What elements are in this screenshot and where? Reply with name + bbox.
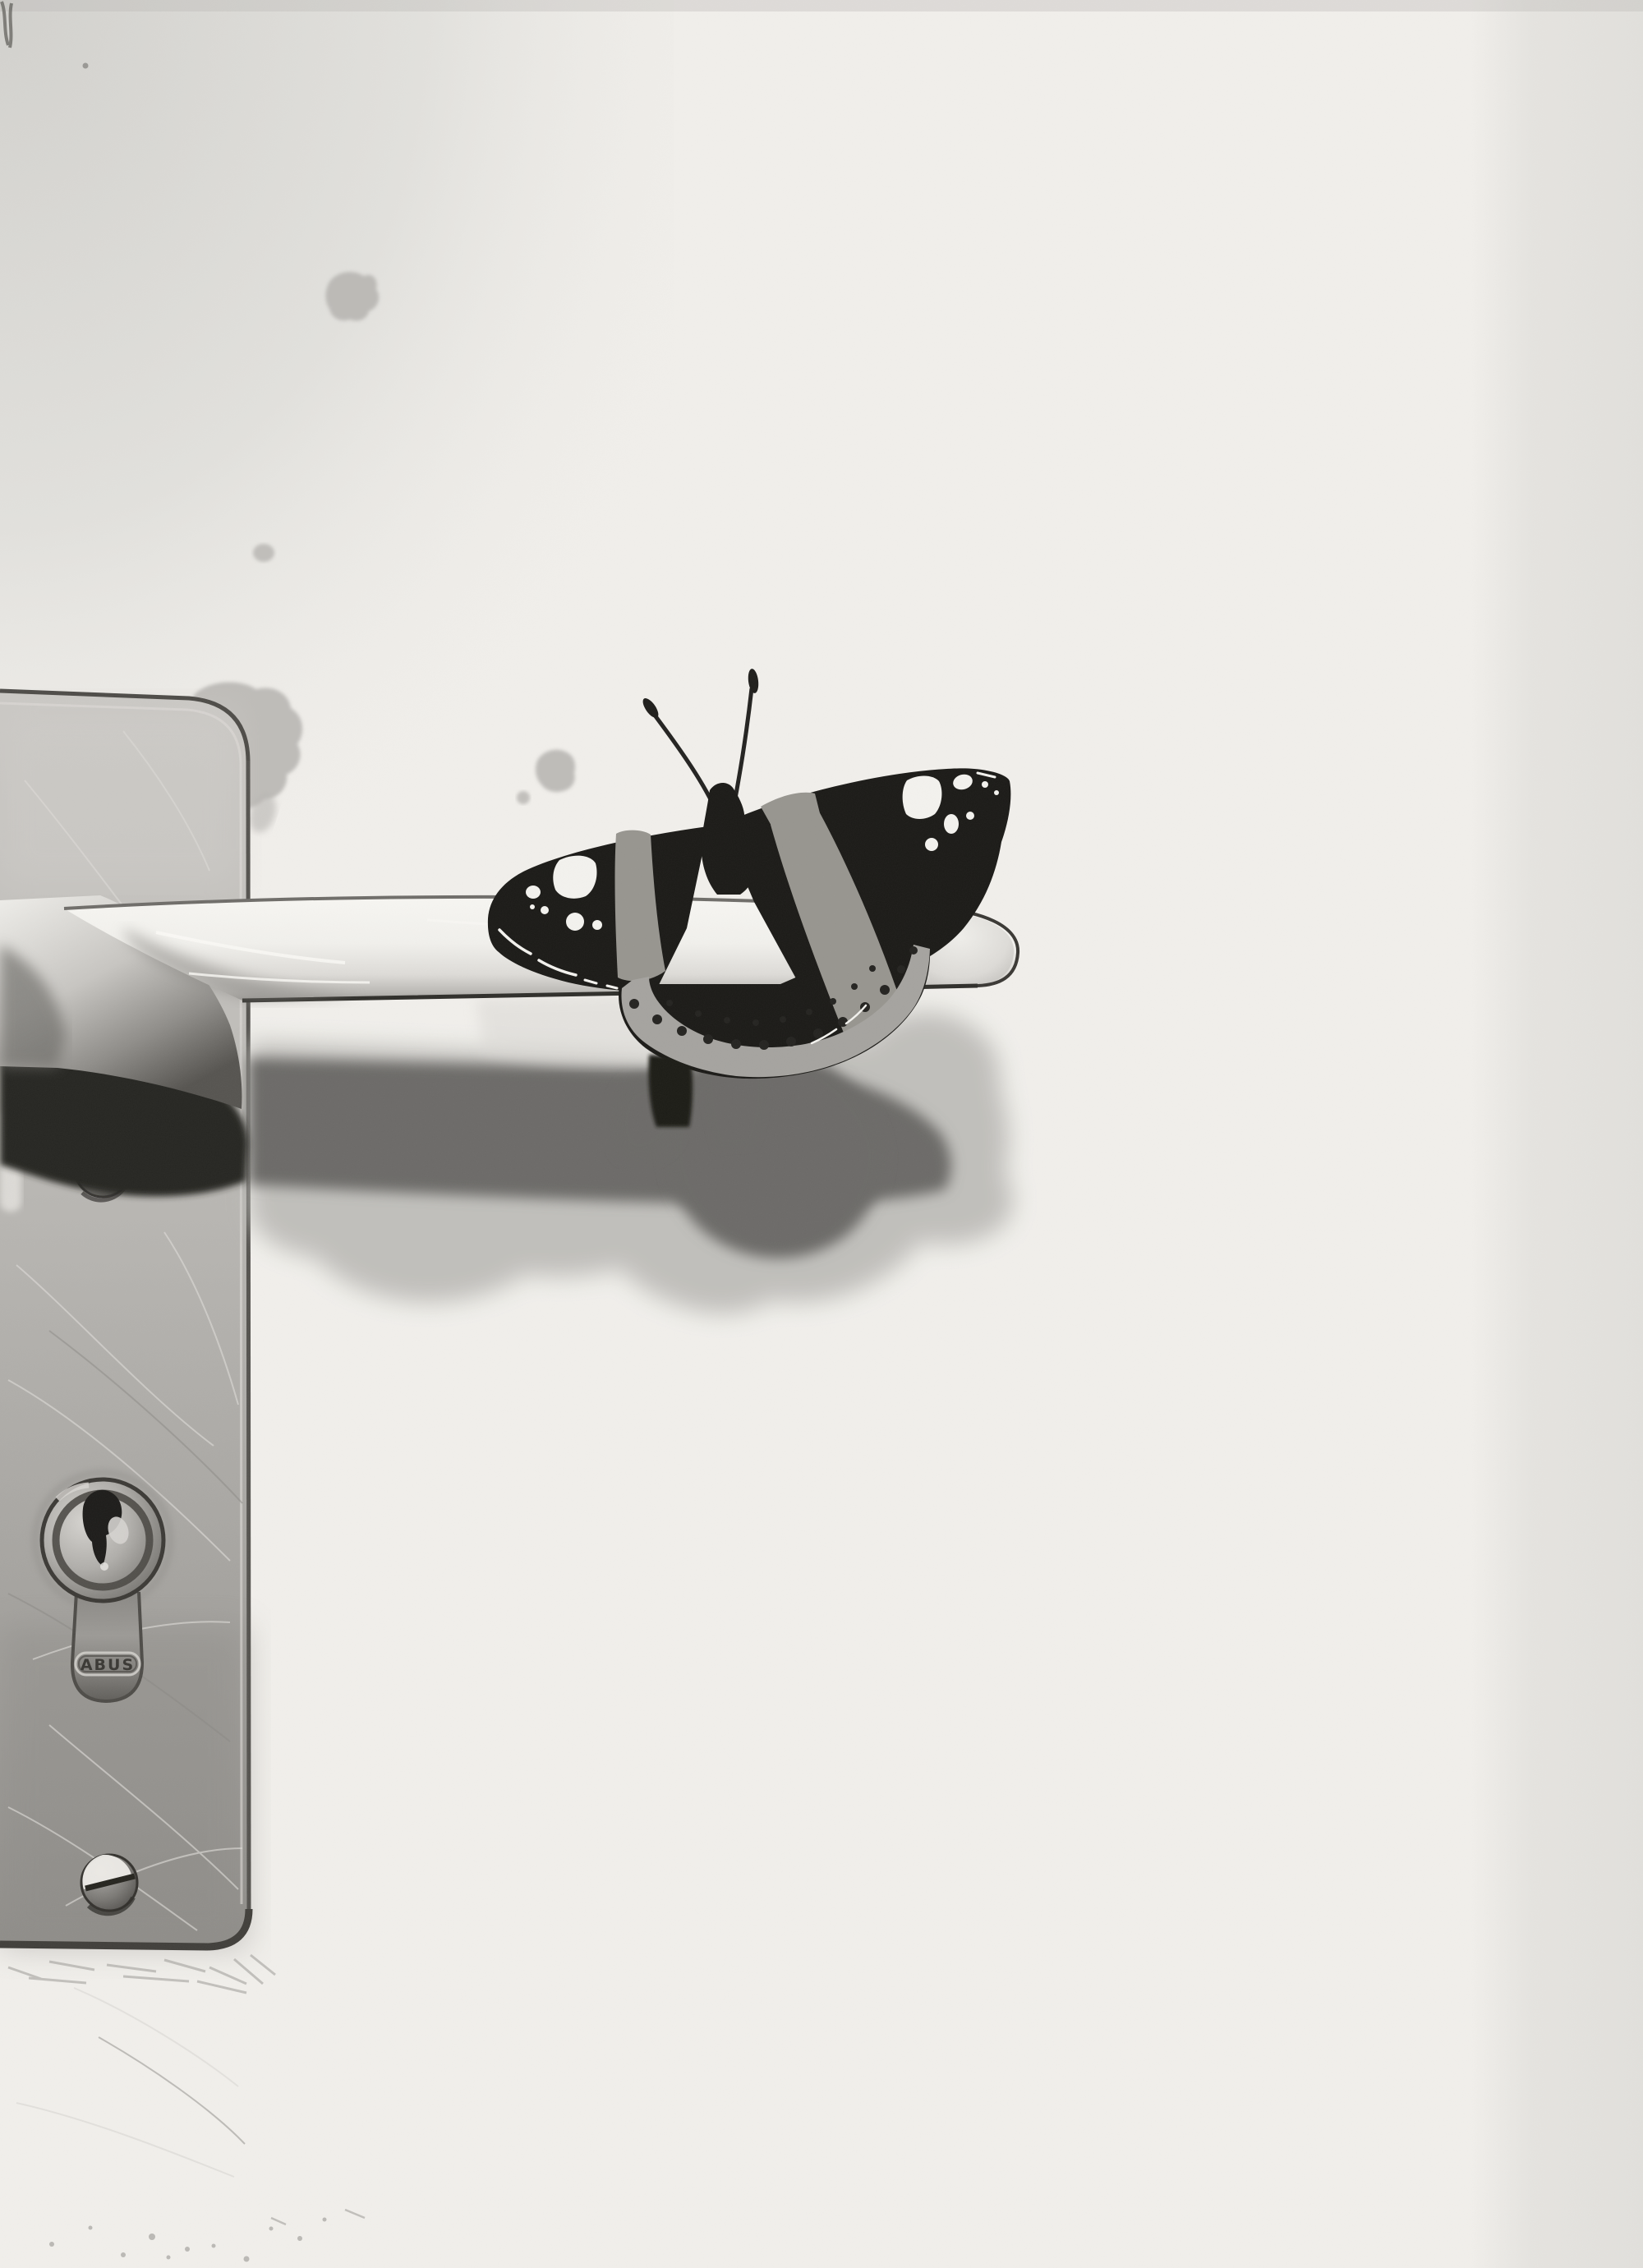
film-grain [0, 0, 1643, 2268]
photograph: ABUS [0, 0, 1643, 2268]
photo-canvas: ABUS [0, 0, 1643, 2268]
